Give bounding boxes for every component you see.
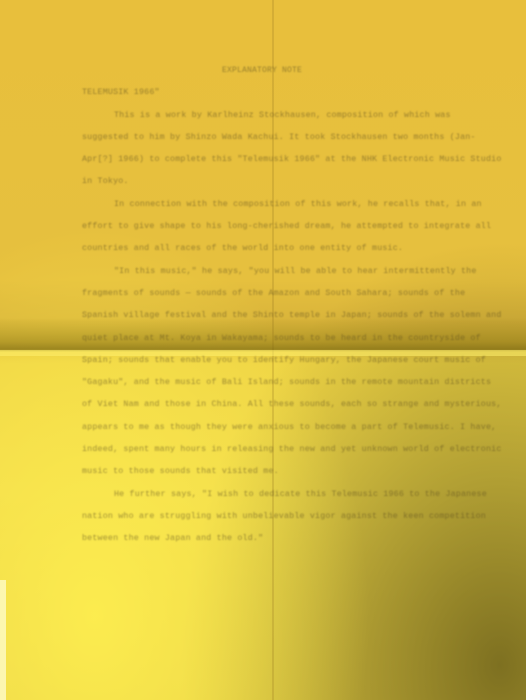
typed-document: EXPLANATORY NOTE TELEMUSIK 1966" This is… [82, 60, 502, 551]
section-heading: TELEMUSIK 1966" [82, 82, 502, 104]
paragraph-4: He further says, "I wish to dedicate thi… [82, 484, 502, 551]
paper-edge [0, 580, 6, 700]
document-title: EXPLANATORY NOTE [82, 60, 442, 82]
paragraph-2: In connection with the composition of th… [82, 194, 502, 261]
paragraph-1: This is a work by Karlheinz Stockhausen,… [82, 105, 502, 194]
paragraph-3: "In this music," he says, "you will be a… [82, 261, 502, 484]
